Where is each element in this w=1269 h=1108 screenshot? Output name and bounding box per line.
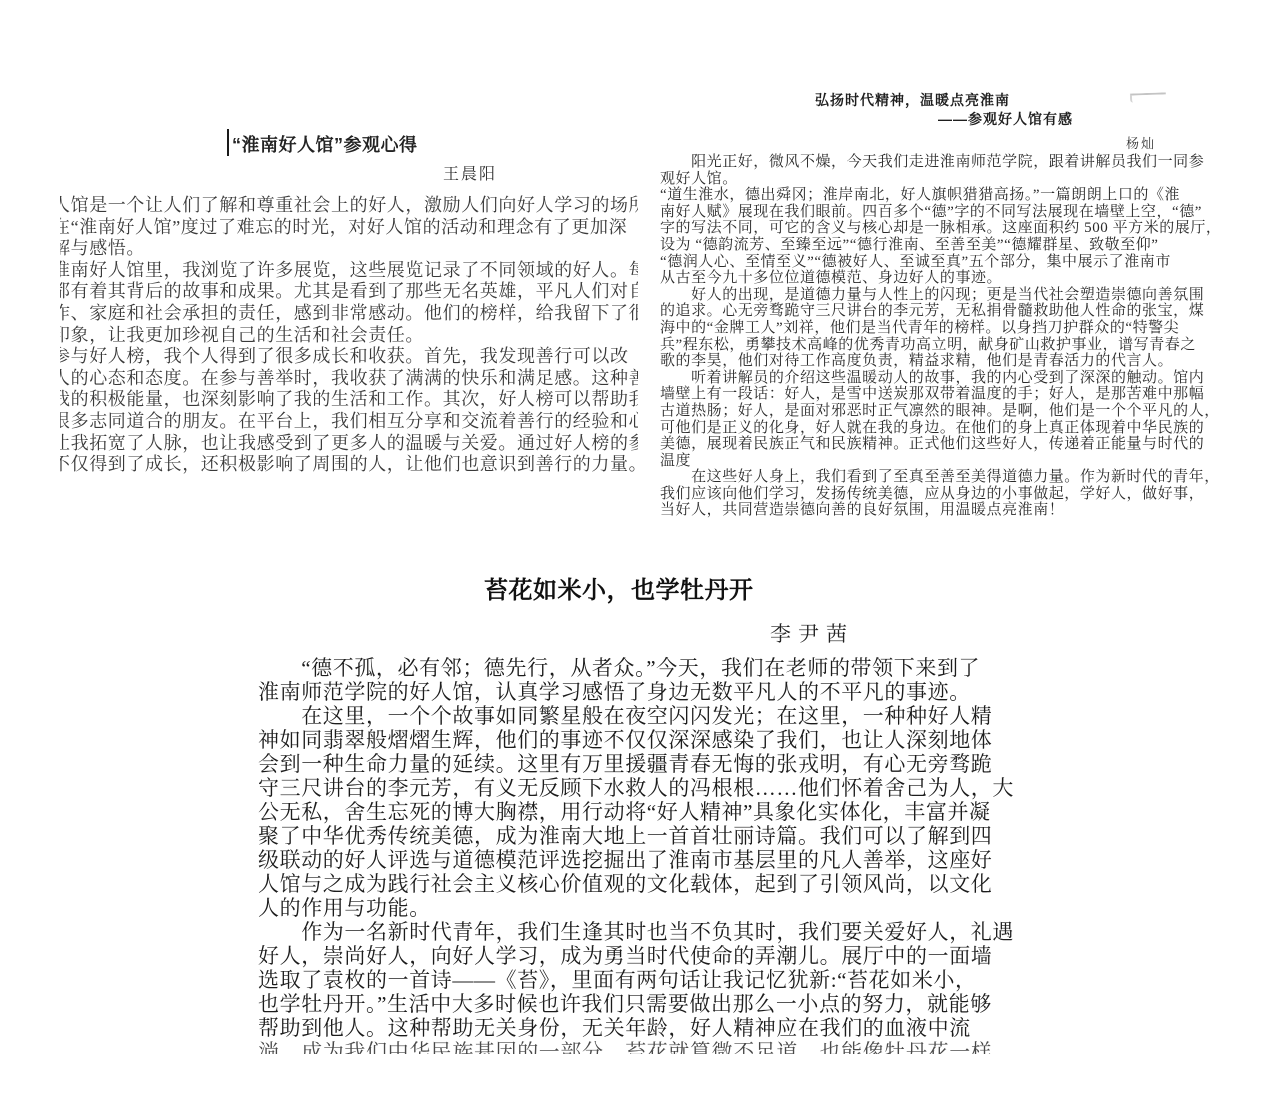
document-canvas: { "documents": [ { "title": "“淮南好人馆”参观心得… [0,0,1269,1108]
text-line: 设为 “德韵流芳、至臻至远”“德行淮南、至善至美”“德耀群星、致敬至仰” [660,237,1221,254]
text-cursor [227,129,229,156]
text-line: 可他们是正义的化身，好人就在我的身边。在他们的身上真正体现着中华民族的 [660,420,1221,437]
text-line: 我们应该向他们学习，发扬传统美德，应从身边的小事做起，学好人，做好事， [660,486,1221,503]
text-line: 也学牡丹开。”生活中大多时候也许我们只需要做出那么一小点的努力，就能够 [258,992,1014,1016]
text-line: 公无私，舍生忘死的博大胸襟，用行动将“好人精神”具象化实体化，丰富并凝 [258,800,1014,824]
essay-author: 王晨阳 [443,161,497,184]
text-line: 聚了中华优秀传统美德，成为淮南大地上一首首壮丽诗篇。我们可以了解到四 [258,824,1014,848]
text-line: 作为一名新时代青年，我们生逢其时也当不负其时，我们要关爱好人，礼遇 [258,920,1014,944]
text-line: 在“淮南好人馆”度过了难忘的时光，对好人馆的活动和理念有了更加深 [60,217,638,239]
text-line: 南好人赋》展现在我们眼前。四百多个“德”字的不同写法展现在墙壁上空，“德” [660,204,1221,221]
text-line: 选取了袁枚的一首诗——《苔》，里面有两句话让我记忆犹新:“苔花如米小， [258,968,1014,992]
essay-title: 苔花如米小，也学牡丹开 [484,570,754,605]
text-line: 字的写法不同，可它的含义与核心却是一脉相承。这座面积约 500 平方米的展厅， [660,220,1221,237]
text-line: 歌的李昊，他们对待工作高度负责，精益求精，他们是青春活力的代言人。 [660,353,1221,370]
essay-moss-flower: 苔花如米小，也学牡丹开 李尹茜 “德不孤，必有邻；德先行，从者众。”今天，我们在… [258,566,1020,1054]
essay-subtitle: ——参观好人馆有感 [938,109,1073,129]
text-line: 阳光正好，微风不燥，今天我们走进淮南师范学院，跟着讲解员我们一同参 [660,154,1221,171]
essay-spirit-of-times: 弘扬时代精神，温暖点亮淮南 ——参观好人馆有感 杨灿 阳光正好，微风不燥，今天我… [660,90,1238,520]
text-line: 的追求。心无旁骛跪守三尺讲台的李元芳，无私捐骨髓救助他人性命的张宝，煤 [660,303,1221,320]
text-line: 不仅得到了成长，还积极影响了周围的人，让他们也意识到善行的力量。 [60,454,638,476]
text-line: 很多志同道合的朋友。在平台上，我们相互分享和交流着善行的经验和心 [60,411,638,433]
text-line: 人馆是一个让人们了解和尊重社会上的好人，激励人们向好人学习的场所 [60,195,638,217]
text-line: 好人的出现，是道德力量与人性上的闪现；更是当代社会塑造崇德向善氛围 [660,287,1221,304]
text-line: 听着讲解员的介绍这些温暖动人的故事，我的内心受到了深深的触动。馆内 [660,370,1221,387]
text-line: 守三尺讲台的李元芳，有义无反顾下水救人的冯根根……他们怀着舍己为人，大 [258,776,1014,800]
text-line: “德不孤，必有邻；德先行，从者众。”今天，我们在老师的带领下来到了 [258,656,1014,680]
essay-body: 阳光正好，微风不燥，今天我们走进淮南师范学院，跟着讲解员我们一同参观好人馆。“道… [660,154,1221,519]
essay-title: 弘扬时代精神，温暖点亮淮南 [815,90,1010,110]
text-line: 淮南师范学院的好人馆，认真学习感悟了身边无数平凡人的不平凡的事迹。 [258,680,1014,704]
text-line: 神如同翡翠般熠熠生辉，他们的事迹不仅仅深深感染了我们，也让人深刻地体 [258,728,1014,752]
essay-body: 人馆是一个让人们了解和尊重社会上的好人，激励人们向好人学习的场所在“淮南好人馆”… [60,195,638,476]
text-line: 都有着其背后的故事和成果。尤其是看到了那些无名英雄，平凡人们对自 [60,281,638,303]
page-background: “淮南好人馆”参观心得 王晨阳 人馆是一个让人们了解和尊重社会上的好人，激励人们… [0,0,1269,1108]
text-line: 参与好人榜，我个人得到了很多成长和收获。首先，我发现善行可以改 [60,346,638,368]
text-line: 人的作用与功能。 [258,896,1014,920]
text-line: “道生淮水，德出舜冈；淮岸南北，好人旗帜猎猎高扬。”一篇朗朗上口的《淮 [660,187,1221,204]
text-line: 人的心态和态度。在参与善举时，我收获了满满的快乐和满足感。这种善 [60,368,638,390]
essay-title: “淮南好人馆”参观心得 [232,131,418,157]
text-line: 当好人，共同营造崇德向善的良好氛围，用温暖点亮淮南！ [660,502,1221,519]
text-line: 淮南好人馆里，我浏览了许多展览，这些展览记录了不同领域的好人。每 [60,260,638,282]
text-line: 印象，让我更加珍视自己的生活和社会责任。 [60,325,638,347]
essay-author: 李尹茜 [770,618,854,648]
text-line: 美德，展现着民族正气和民族精神。正式他们这些好人，传递着正能量与时代的 [660,436,1221,453]
text-line: 在这里，一个个故事如同繁星般在夜空闪闪发光；在这里，一种种好人精 [258,704,1014,728]
text-line: 从古至今九十多位位道德模范、身边好人的事迹。 [660,270,1221,287]
text-line: 我的积极能量，也深刻影响了我的生活和工作。其次，好人榜可以帮助我 [60,389,638,411]
text-line: 作、家庭和社会承担的责任，感到非常感动。他们的榜样，给我留下了很 [60,303,638,325]
text-line: 墙壁上有一段话：好人，是雪中送炭那双带着温度的手；好人，是那苦难中那幅 [660,386,1221,403]
text-line: 会到一种生命力量的延续。这里有万里援疆青春无悔的张戎明，有心无旁骛跪 [258,752,1014,776]
text-line: 观好人馆。 [660,171,1221,188]
essay-visit-notes: “淮南好人馆”参观心得 王晨阳 人馆是一个让人们了解和尊重社会上的好人，激励人们… [60,127,638,479]
essay-body: “德不孤，必有邻；德先行，从者众。”今天，我们在老师的带领下来到了淮南师范学院的… [258,656,1014,1054]
text-line: 海中的“金牌工人”刘祥，他们是当代青年的榜样。以身挡刀护群众的“特警尖 [660,320,1221,337]
text-line: “德润人心、至情至义”“德被好人、至诚至真”五个部分，集中展示了淮南市 [660,254,1221,271]
text-line: 好人，崇尚好人，向好人学习，成为勇当时代使命的弄潮儿。展厅中的一面墙 [258,944,1014,968]
text-line: 温度 [660,453,1221,470]
text-line: 古道热肠；好人，是面对邪恶时正气凛然的眼神。是啊，他们是一个个平凡的人， [660,403,1221,420]
text-line: 解与感悟。 [60,238,638,260]
text-line: 帮助到他人。这种帮助无关身份，无关年龄，好人精神应在我们的血液中流 [258,1016,1014,1040]
text-line: 人馆与之成为践行社会主义核心价值观的文化载体，起到了引领风尚，以文化 [258,872,1014,896]
text-line: 在这些好人身上，我们看到了至真至善至美得道德力量。作为新时代的青年， [660,469,1221,486]
essay-author: 杨灿 [1126,133,1156,152]
text-line: 级联动的好人评选与道德模范评选挖掘出了淮南市基层里的凡人善举，这座好 [258,848,1014,872]
text-line: 兵”程东松，勇攀技术高峰的优秀青功高立明，献身矿山救护事业，谱写青春之 [660,337,1221,354]
text-line: 淌，成为我们中华民族基因的一部分。苔花就算微不足道，也能像牡丹花一样 [258,1040,1014,1054]
text-line: 让我拓宽了人脉，也让我感受到了更多人的温暖与关爱。通过好人榜的参 [60,433,638,455]
